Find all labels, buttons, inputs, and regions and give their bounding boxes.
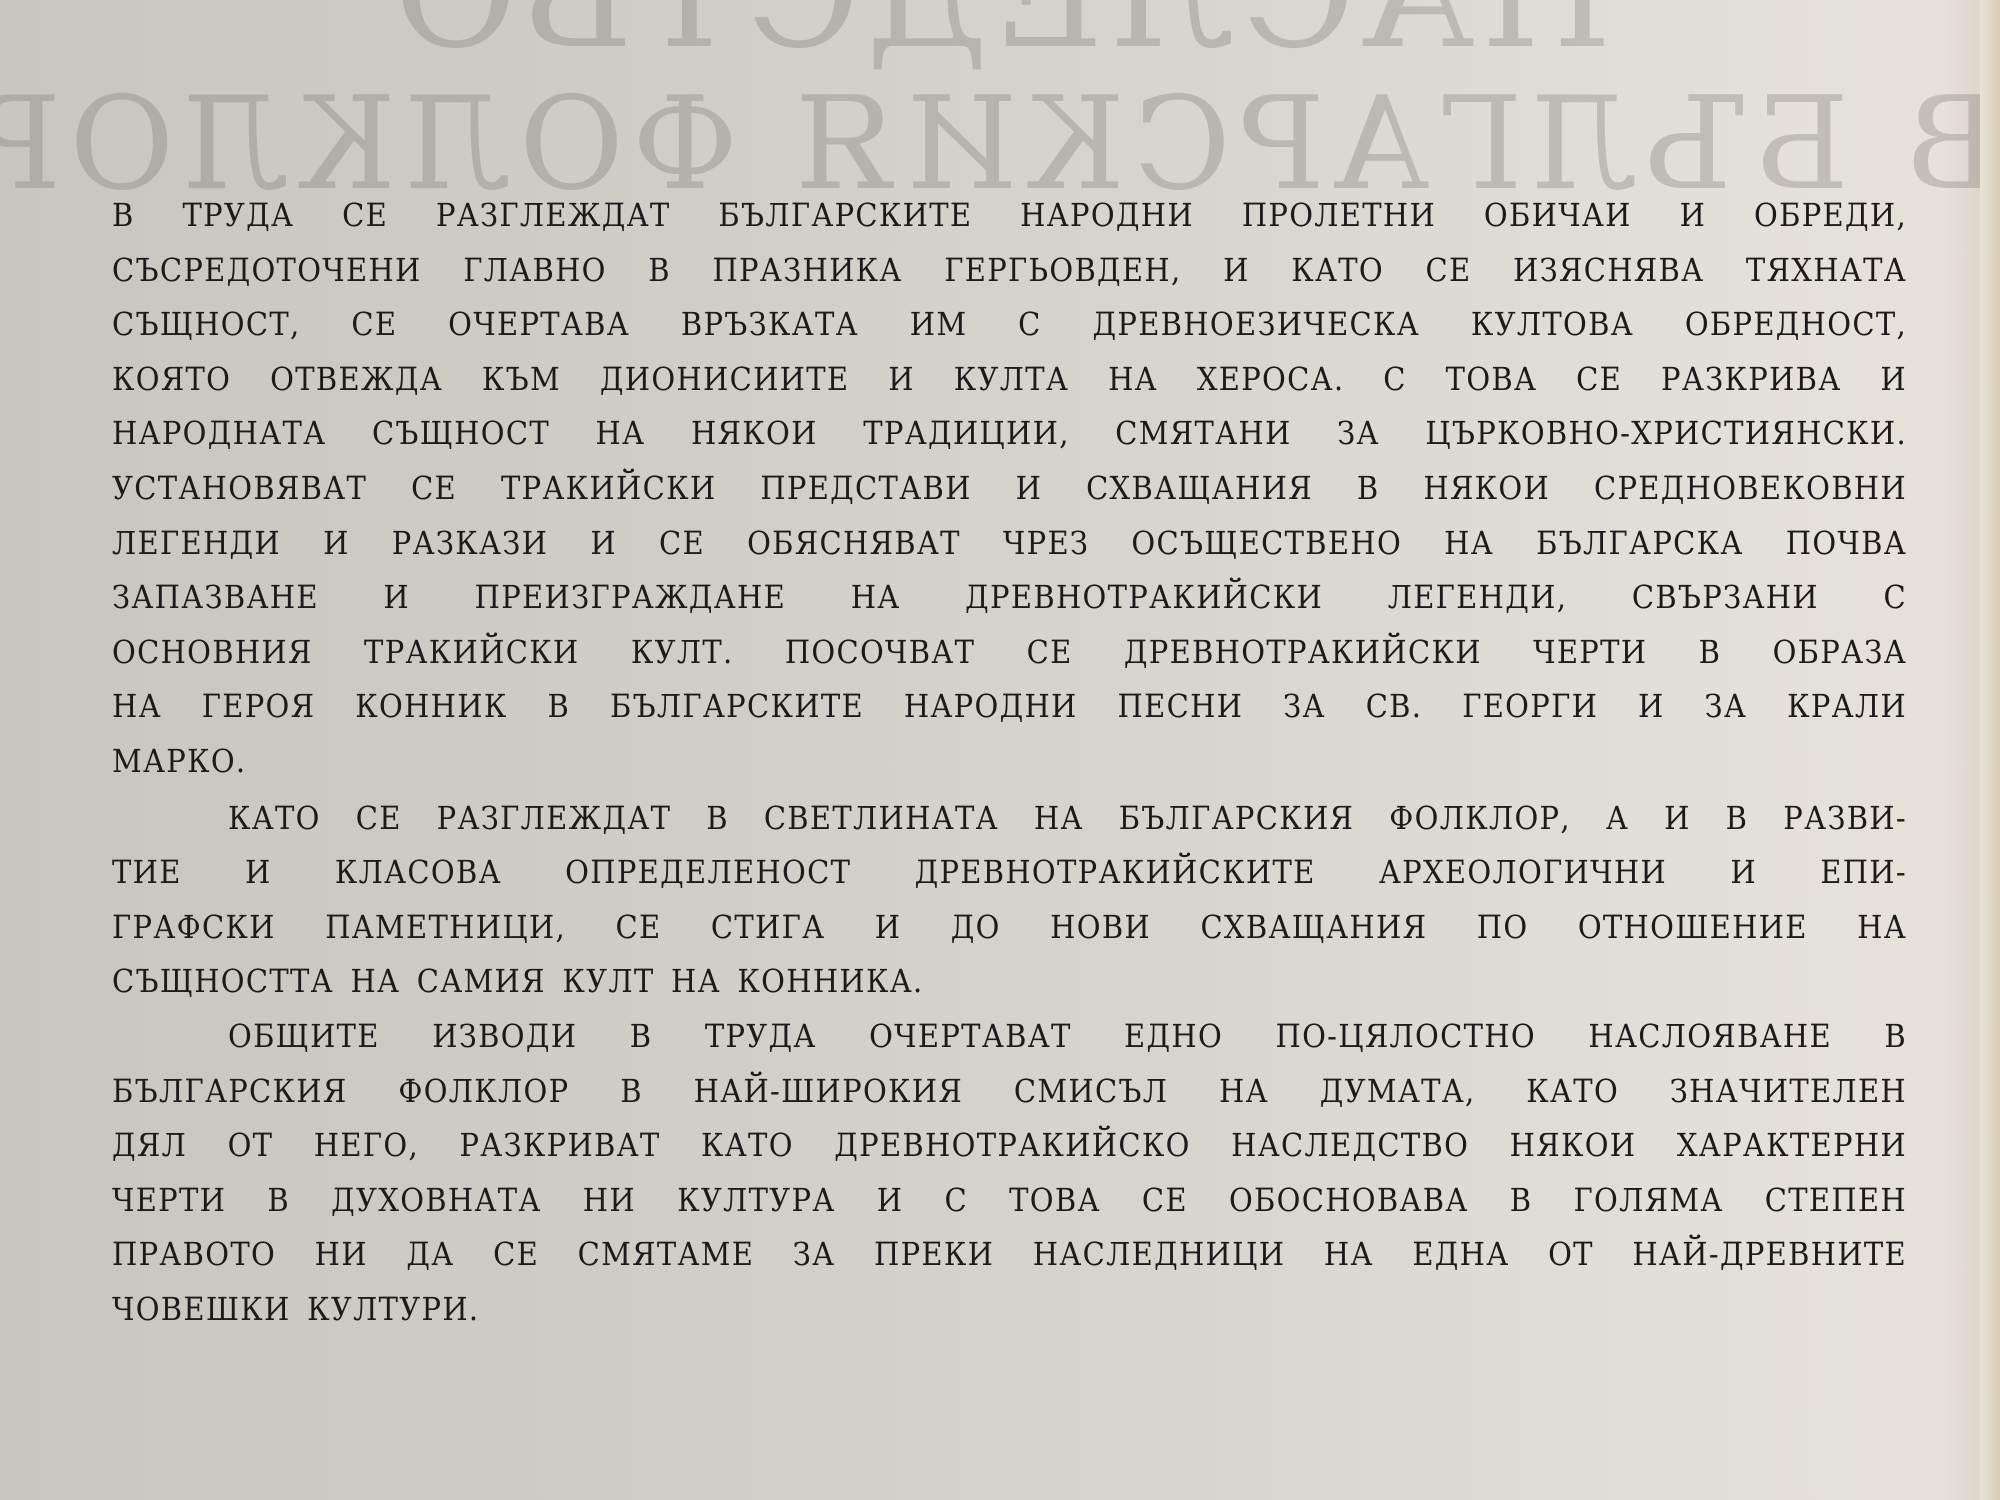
text-line: СЪЩНОСТ, СЕ ОЧЕРТАВА ВРЪЗКАТА ИМ С ДРЕВН… — [112, 295, 1907, 354]
text-line: КАТО СЕ РАЗГЛЕЖДАТ В СВЕТЛИНАТА НА БЪЛГА… — [112, 788, 1907, 847]
text-line: ОБЩИТЕ ИЗВОДИ В ТРУДА ОЧЕРТАВАТ ЕДНО ПО-… — [112, 1007, 1907, 1066]
text-line: ЧЕРТИ В ДУХОВНАТА НИ КУЛТУРА И С ТОВА СЕ… — [112, 1171, 1907, 1230]
text-line: ГРАФСКИ ПАМЕТНИЦИ, СЕ СТИГА И ДО НОВИ СХ… — [112, 898, 1907, 957]
paragraph-2: КАТО СЕ РАЗГЛЕЖДАТ В СВЕТЛИНАТА НА БЪЛГА… — [112, 791, 1907, 1009]
paragraph-3: ОБЩИТЕ ИЗВОДИ В ТРУДА ОЧЕРТАВАТ ЕДНО ПО-… — [112, 1009, 1907, 1337]
bleed-through-title-line-1: НАСЛЕДСТВО — [0, 0, 2000, 82]
text-line: УСТАНОВЯВАТ СЕ ТРАКИЙСКИ ПРЕДСТАВИ И СХВ… — [112, 459, 1907, 518]
text-line: СЪСРЕДОТОЧЕНИ ГЛАВНО В ПРАЗНИКА ГЕРГЬОВД… — [112, 240, 1907, 299]
text-line: НА ГЕРОЯ КОННИК В БЪЛГАРСКИТЕ НАРОДНИ ПЕ… — [112, 677, 1907, 736]
text-line: КОЯТО ОТВЕЖДА КЪМ ДИОНИСИИТЕ И КУЛТА НА … — [112, 350, 1907, 409]
text-line: ОСНОВНИЯ ТРАКИЙСКИ КУЛТ. ПОСОЧВАТ СЕ ДРЕ… — [112, 623, 1907, 682]
text-line: ТИЕ И КЛАСОВА ОПРЕДЕЛЕНОСТ ДРЕВНОТРАКИЙС… — [112, 843, 1907, 902]
text-line: ДЯЛ ОТ НЕГО, РАЗКРИВАТ КАТО ДРЕВНОТРАКИЙ… — [112, 1116, 1907, 1175]
text-line: НАРОДНАТА СЪЩНОСТ НА НЯКОИ ТРАДИЦИИ, СМЯ… — [112, 404, 1907, 463]
text-line: ПРАВОТО НИ ДА СЕ СМЯТАМЕ ЗА ПРЕКИ НАСЛЕД… — [112, 1225, 1907, 1284]
paragraph-1: В ТРУДА СЕ РАЗГЛЕЖДАТ БЪЛГАРСКИТЕ НАРОДН… — [112, 188, 1907, 789]
text-line: СЪЩНОСТТА НА САМИЯ КУЛТ НА КОННИКА. — [112, 952, 1907, 1011]
abstract-text: В ТРУДА СЕ РАЗГЛЕЖДАТ БЪЛГАРСКИТЕ НАРОДН… — [112, 188, 1907, 1336]
text-line: ЗАПАЗВАНЕ И ПРЕИЗГРАЖДАНЕ НА ДРЕВНОТРАКИ… — [112, 568, 1907, 627]
text-line: ЛЕГЕНДИ И РАЗКАЗИ И СЕ ОБЯСНЯВАТ ЧРЕЗ ОС… — [112, 513, 1907, 572]
text-line: БЪЛГАРСКИЯ ФОЛКЛОР В НАЙ-ШИРОКИЯ СМИСЪЛ … — [112, 1061, 1907, 1120]
text-line: В ТРУДА СЕ РАЗГЛЕЖДАТ БЪЛГАРСКИТЕ НАРОДН… — [112, 186, 1907, 245]
page-edge — [1980, 0, 2000, 1500]
text-line: МАРКО. — [112, 732, 1907, 791]
text-line: ЧОВЕШКИ КУЛТУРИ. — [112, 1280, 1907, 1339]
